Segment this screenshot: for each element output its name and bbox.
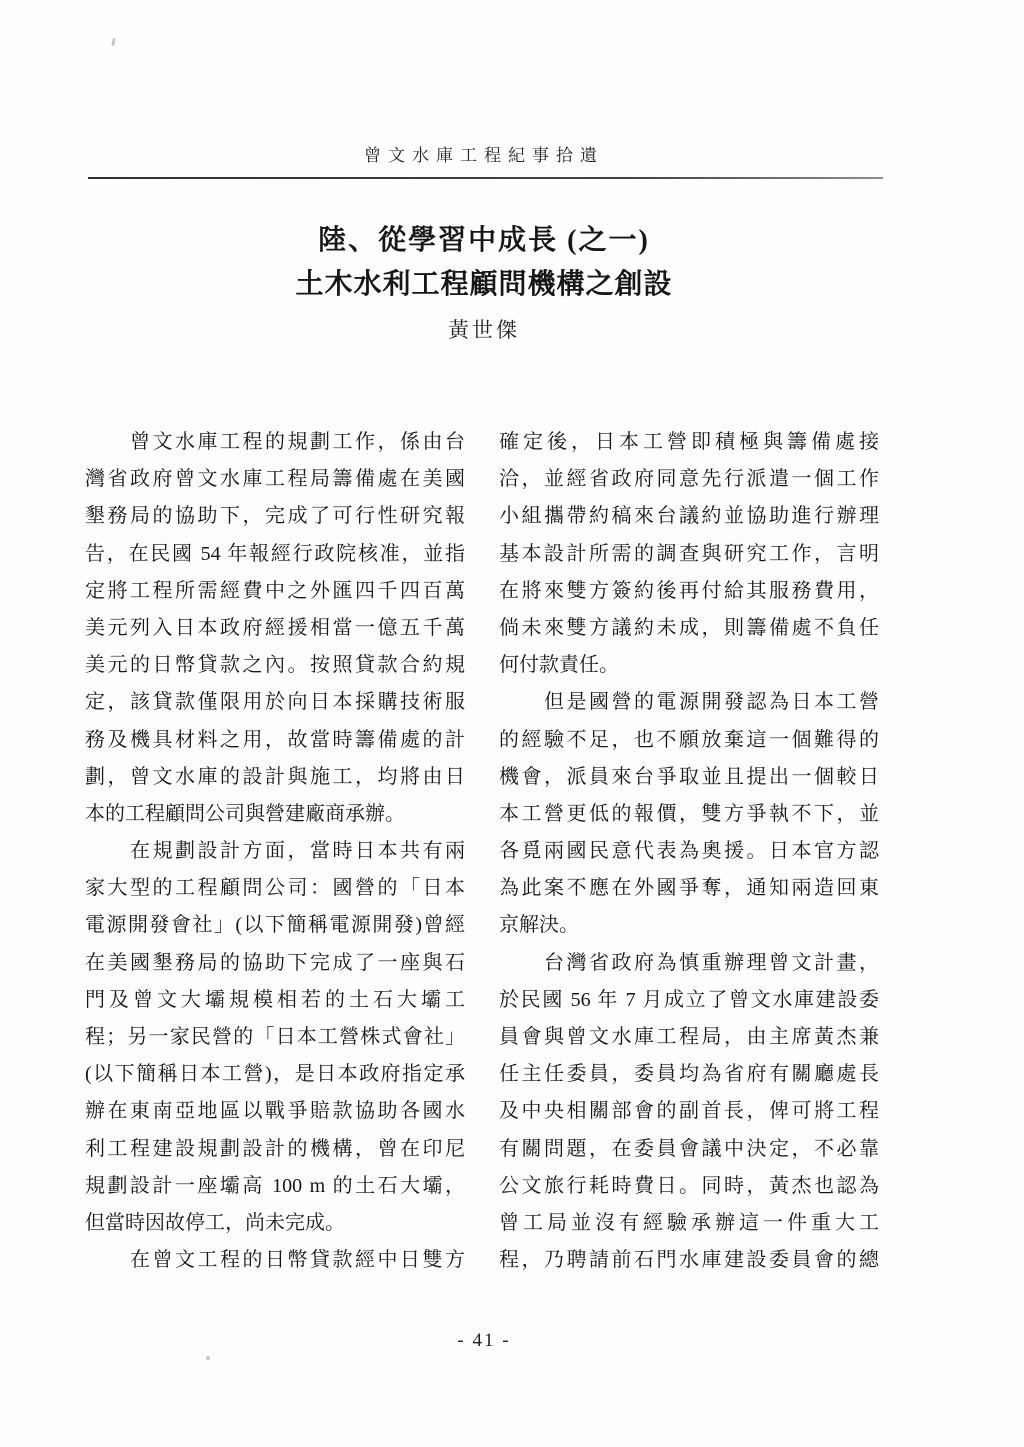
text-line: 為此案不應在外國爭奪，通知兩造回東 [499, 870, 879, 907]
text-line: 電源開發會社」(以下簡稱電源開發)曾經 [85, 907, 465, 944]
text-line: 曾文水庫工程的規劃工作，係由台 [85, 424, 465, 461]
left-column: 曾文水庫工程的規劃工作，係由台灣省政府曾文水庫工程局籌備處在美國墾務局的協助下，… [85, 424, 465, 1279]
text-line: 倘未來雙方議約未成，則籌備處不負任 [499, 610, 879, 647]
text-line: 基本設計所需的調查與研究工作，言明 [499, 536, 879, 573]
text-line: 及中央相關部會的副首長，俾可將工程 [499, 1093, 879, 1130]
text-line: 曾工局並沒有經驗承辦這一件重大工 [499, 1205, 879, 1242]
chapter-subtitle: 土木水利工程顧問機構之創設 [85, 262, 883, 302]
chapter-title: 陸、從學習中成長 (之一) [85, 218, 883, 258]
document-page: 曾文水庫工程紀事拾遺 陸、從學習中成長 (之一) 土木水利工程顧問機構之創設 黃… [0, 0, 1024, 1447]
text-line: 機會，派員來台爭取並且提出一個較日 [499, 759, 879, 796]
text-line: 灣省政府曾文水庫工程局籌備處在美國 [85, 461, 465, 498]
text-line: 墾務局的協助下，完成了可行性研究報 [85, 498, 465, 535]
text-line: 定將工程所需經費中之外匯四千四百萬 [85, 573, 465, 610]
text-line: 但當時因故停工，尚未完成。 [85, 1205, 465, 1242]
text-line: 辦在東南亞地區以戰爭賠款協助各國水 [85, 1093, 465, 1130]
text-line: 員會與曾文水庫工程局，由主席黃杰兼 [499, 1019, 879, 1056]
scan-artifact [111, 38, 116, 46]
text-line: 告，在民國 54 年報經行政院核准，並指 [85, 536, 465, 573]
text-line: 有關問題，在委員會議中決定，不必靠 [499, 1131, 879, 1168]
text-line: 程，乃聘請前石門水庫建設委員會的總 [499, 1242, 879, 1279]
text-line: 本的工程顧問公司與營建廠商承辦。 [85, 796, 465, 833]
text-line: 規劃設計一座壩高 100 m 的土石大壩， [85, 1168, 465, 1205]
text-line: 但是國營的電源開發認為日本工營 [499, 684, 879, 721]
text-line: 小組攜帶約稿來台議約並協助進行辦理 [499, 498, 879, 535]
text-line: 定，該貸款僅限用於向日本採購技術服 [85, 684, 465, 721]
text-line: 京解決。 [499, 907, 879, 944]
text-line: 台灣省政府為慎重辦理曾文計畫， [499, 945, 879, 982]
text-line: 程；另一家民營的「日本工營株式會社」 [85, 1019, 465, 1056]
text-line: 在美國墾務局的協助下完成了一座與石 [85, 945, 465, 982]
text-line: 美元的日幣貸款之內。按照貸款合約規 [85, 647, 465, 684]
text-line: 本工營更低的報價，雙方爭執不下，並 [499, 796, 879, 833]
scan-artifact [206, 1356, 210, 1360]
text-line: 公文旅行耗時費日。同時，黃杰也認為 [499, 1168, 879, 1205]
header-rule [88, 177, 883, 179]
text-line: 的經驗不足，也不願放棄這一個難得的 [499, 722, 879, 759]
text-line: 洽，並經省政府同意先行派遣一個工作 [499, 461, 879, 498]
text-line: 各覓兩國民意代表為奧援。日本官方認 [499, 833, 879, 870]
text-line: 門及曾文大壩規模相若的土石大壩工 [85, 982, 465, 1019]
text-line: 在規劃設計方面，當時日本共有兩 [85, 833, 465, 870]
text-line: 利工程建設規劃設計的機構，曾在印尼 [85, 1131, 465, 1168]
running-header: 曾文水庫工程紀事拾遺 [85, 141, 883, 166]
text-line: 於民國 56 年 7 月成立了曾文水庫建設委 [499, 982, 879, 1019]
text-line: (以下簡稱日本工營)，是日本政府指定承 [85, 1056, 465, 1093]
text-line: 確定後，日本工營即積極與籌備處接 [499, 424, 879, 461]
text-line: 在曾文工程的日幣貸款經中日雙方 [85, 1242, 465, 1279]
text-line: 劃，曾文水庫的設計與施工，均將由日 [85, 759, 465, 796]
text-line: 在將來雙方簽約後再付給其服務費用， [499, 573, 879, 610]
text-line: 何付款責任。 [499, 647, 879, 684]
page-number: - 41 - [85, 1330, 883, 1352]
text-line: 務及機具材料之用，故當時籌備處的計 [85, 722, 465, 759]
text-line: 家大型的工程顧問公司：國營的「日本 [85, 870, 465, 907]
body-columns: 曾文水庫工程的規劃工作，係由台灣省政府曾文水庫工程局籌備處在美國墾務局的協助下，… [85, 424, 879, 1279]
text-line: 任主任委員，委員均為省府有關廳處長 [499, 1056, 879, 1093]
author-name: 黃世傑 [85, 314, 883, 344]
right-column: 確定後，日本工營即積極與籌備處接洽，並經省政府同意先行派遣一個工作小組攜帶約稿來… [499, 424, 879, 1279]
text-line: 美元列入日本政府經援相當一億五千萬 [85, 610, 465, 647]
